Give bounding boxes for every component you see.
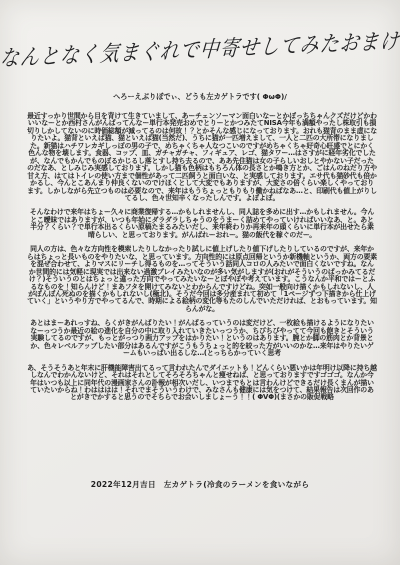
afterword-page: なんとなく気まぐれで中寄せしてみたおまけがき へろーえぶりぼでぃ、どうも左カゲト… — [0, 0, 400, 565]
paragraph-1: 最近すっかり世間から目を背けて生きていまして、あーチェンソーマン面白いなーとかぼ… — [27, 113, 377, 202]
title-wrap: なんとなく気まぐれで中寄せしてみたおまけがき — [0, 34, 400, 61]
paragraph-3: 同人の方は、色々な方向性を模索したりしなかったり試しに値上げしたり値下げしたりし… — [27, 246, 377, 313]
paragraph-4: あとはまーあれっすね、らくがきがんばりたい！がんばるっていうのは変だけど、一枚絵… — [27, 320, 377, 357]
handwritten-title: なんとなく気まぐれで中寄せしてみたおまけがき — [0, 22, 400, 72]
date-signature-line: 2022年12月吉日 左カゲトラ(冷食のラーメンを食いながら — [0, 479, 400, 490]
greeting-line: へろーえぶりぼでぃ、どうも左カゲトラです( ΦωΦ)/ — [0, 92, 400, 102]
paragraph-2: そんなわけで来年はちょー久々に商業復帰する…かもしれませんし、同人誌を多めに出す… — [27, 209, 377, 239]
paragraph-5: あ、そうそうあと年末に肝機能障害出てるって言われたんでダイエットも！どんくらい悪… — [27, 365, 377, 402]
afterword-body: 最近すっかり世間から目を背けて生きていまして、あーチェンソーマン面白いなーとかぼ… — [27, 113, 377, 409]
